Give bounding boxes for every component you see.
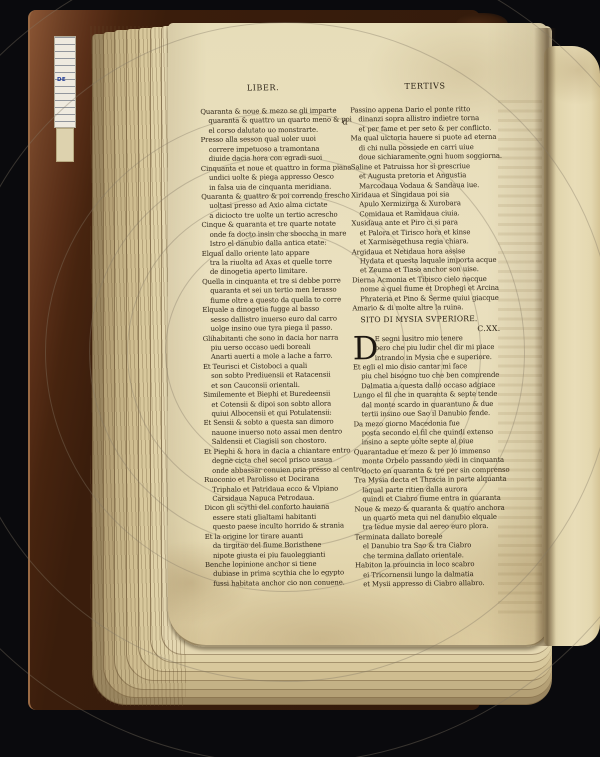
watermark-circle (0, 0, 600, 757)
photo-background: DE LIBER. TERTIVS Quaranta & noue & mezo… (0, 0, 600, 757)
